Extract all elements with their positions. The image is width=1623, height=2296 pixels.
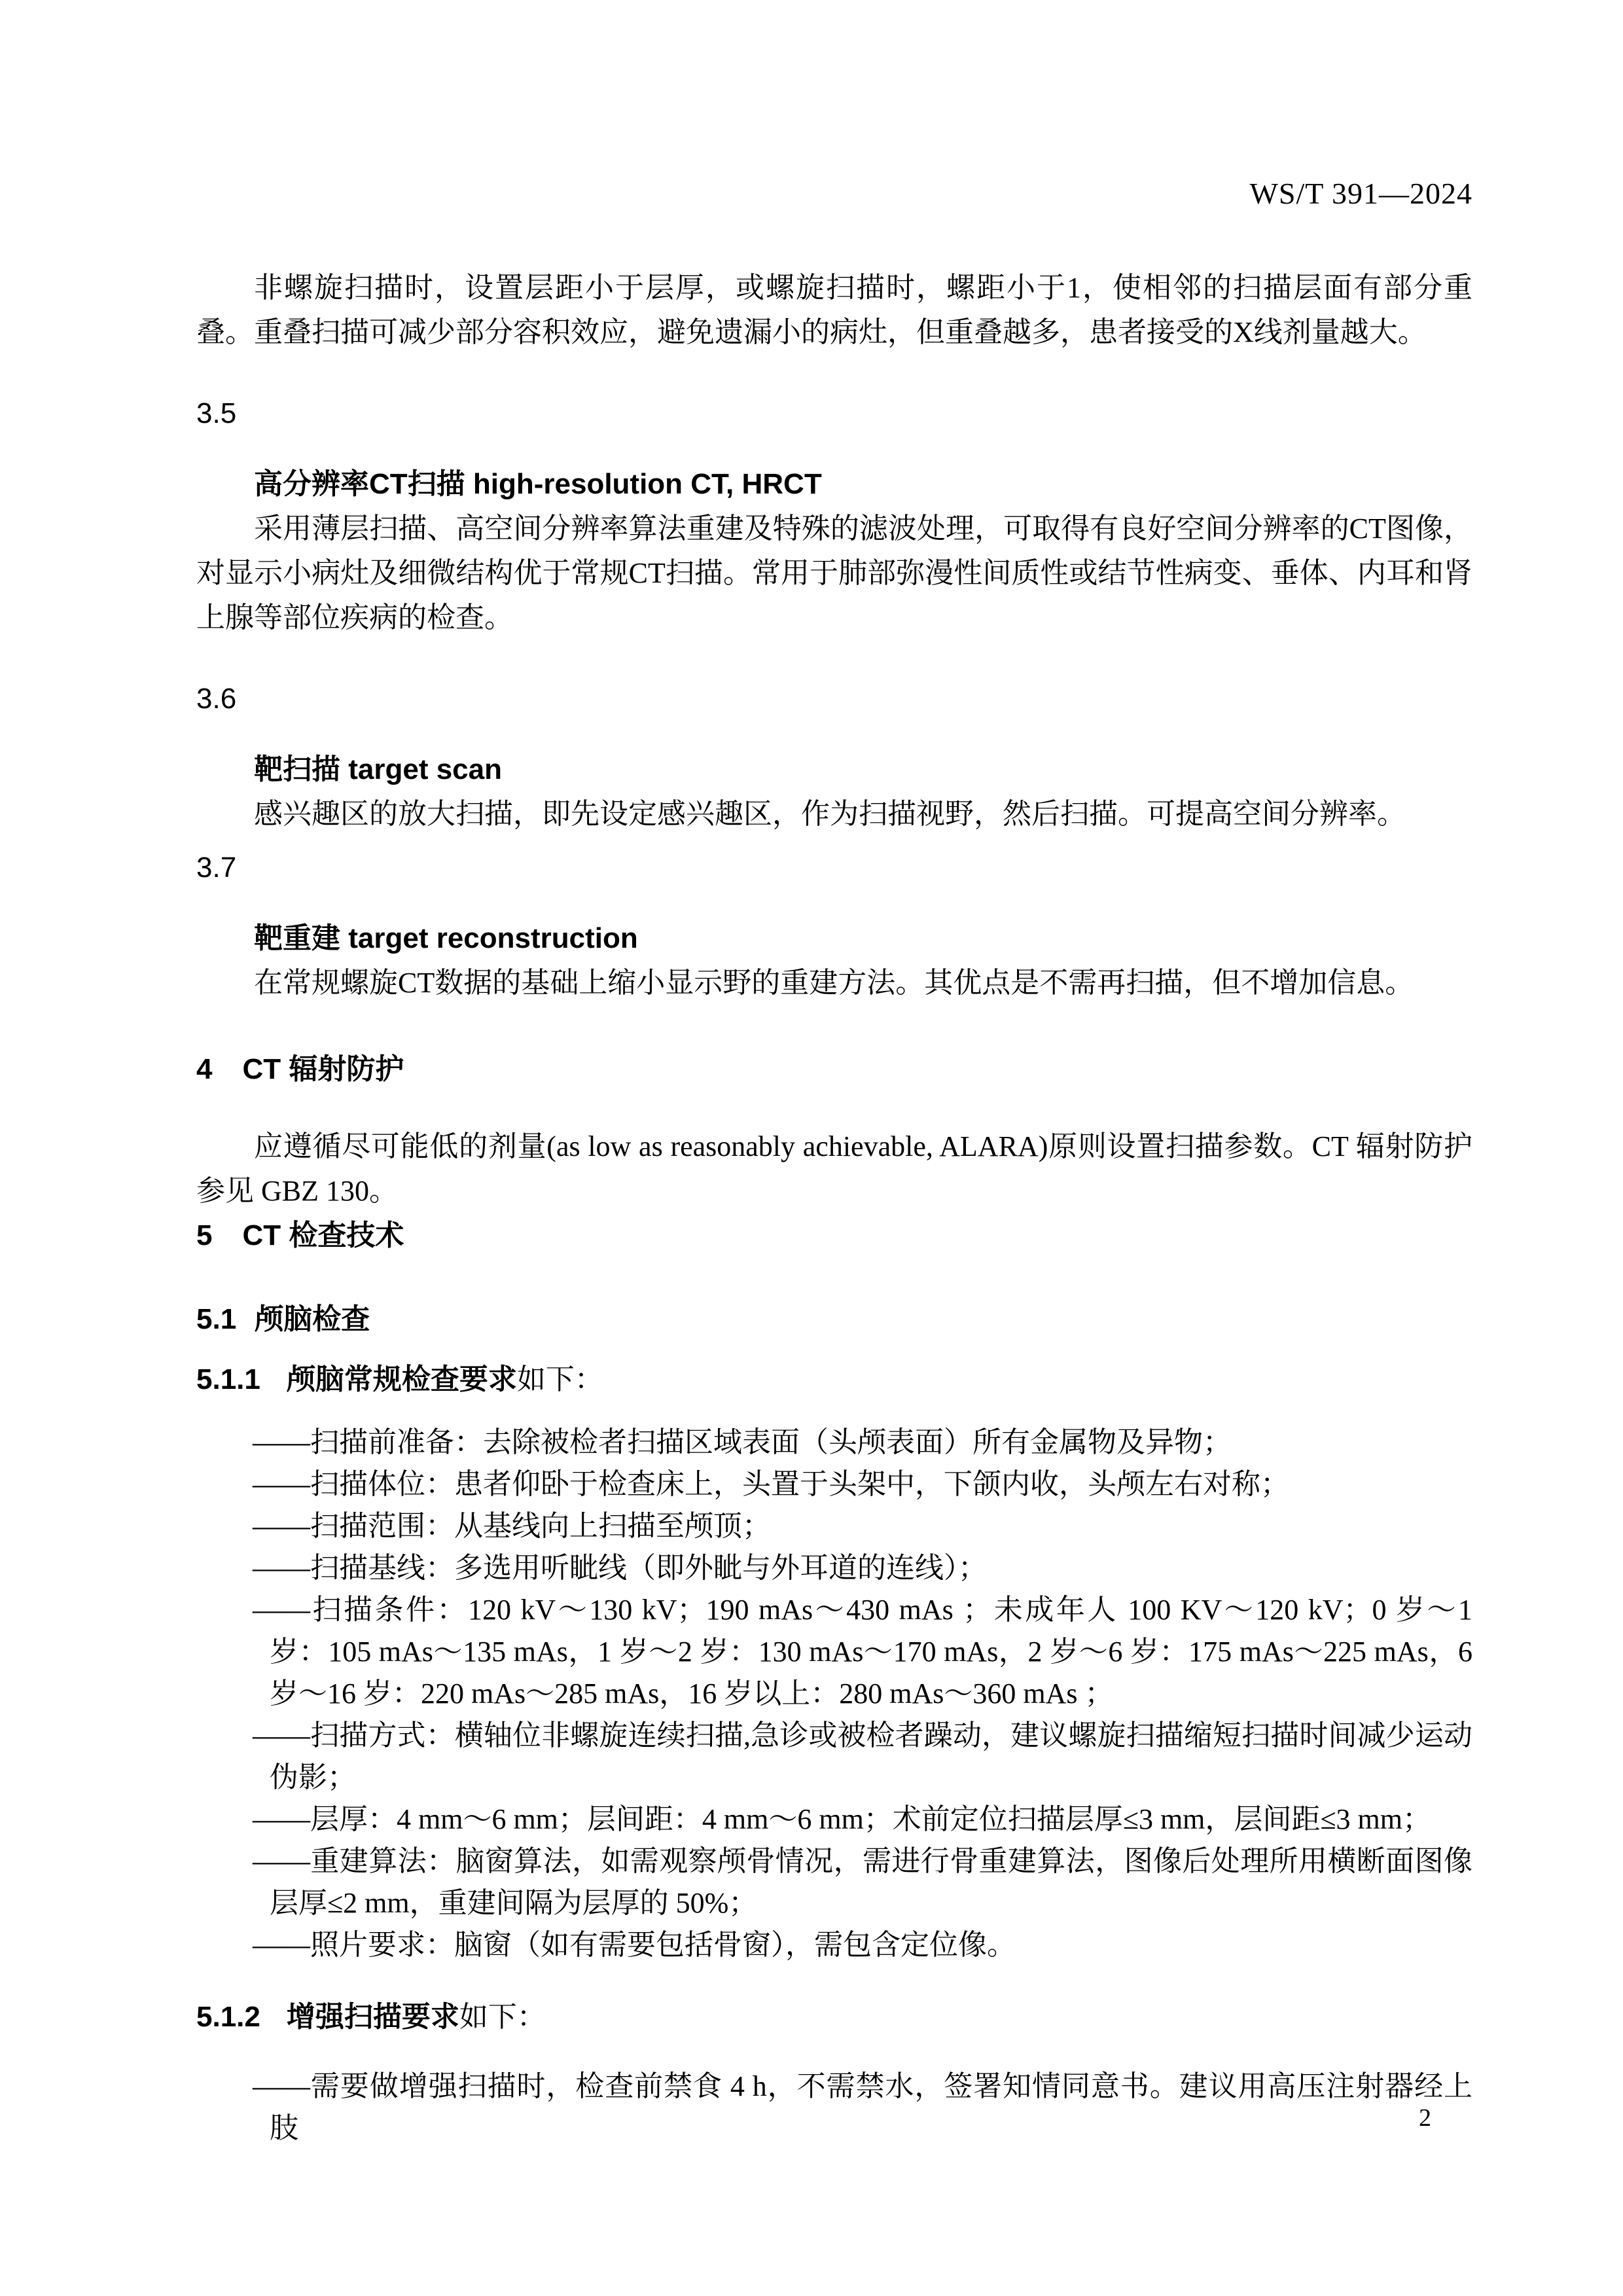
- clause-title-suffix: 如下：: [517, 1363, 603, 1395]
- em-dash: ——: [253, 1803, 310, 1835]
- clause-number-3-7: 3.7: [196, 846, 1472, 890]
- clause-number: 5.1.2: [196, 2001, 260, 2033]
- paragraph-hrct: 采用薄层扫描、高空间分辨率算法重建及特殊的滤波处理，可取得有良好空间分辨率的CT…: [196, 507, 1472, 640]
- section-number: 4: [196, 1053, 212, 1085]
- clause-number-3-5: 3.5: [196, 391, 1472, 436]
- document-page: WS/T 391—2024 非螺旋扫描时，设置层距小于层厚，或螺旋扫描时，螺距小…: [0, 0, 1623, 2296]
- em-dash: ——: [253, 1845, 310, 1877]
- list-item: ——扫描前准备：去除被检者扫描区域表面（头颅表面）所有金属物及异物；: [253, 1422, 1472, 1463]
- term-heading-hrct: 高分辨率CT扫描 high-resolution CT, HRCT: [254, 462, 1472, 507]
- list-item: ——扫描体位：患者仰卧于检查床上，头置于头架中，下颌内收，头颅左右对称；: [253, 1463, 1472, 1505]
- item-text: 扫描前准备：去除被检者扫描区域表面（头颅表面）所有金属物及异物；: [310, 1426, 1232, 1458]
- item-text: 重建算法：脑窗算法，如需观察颅骨情况，需进行骨重建算法，图像后处理所用横断面图像…: [270, 1845, 1472, 1919]
- clause-number: 5.1.1: [196, 1363, 260, 1395]
- section-heading-5: 5CT 检查技术: [196, 1213, 1472, 1258]
- list-item: ——照片要求：脑窗（如有需要包括骨窗），需包含定位像。: [253, 1924, 1472, 1966]
- em-dash: ——: [253, 1929, 310, 1961]
- item-text: 照片要求：脑窗（如有需要包括骨窗），需包含定位像。: [310, 1929, 1016, 1961]
- list-item: ——层厚：4 mm～6 mm；层间距：4 mm～6 mm；术前定位扫描层厚≤3 …: [253, 1799, 1472, 1840]
- em-dash: ——: [253, 1552, 310, 1584]
- requirement-list-5-1-1: ——扫描前准备：去除被检者扫描区域表面（头颅表面）所有金属物及异物； ——扫描体…: [196, 1422, 1472, 1966]
- list-item: ——重建算法：脑窗算法，如需观察颅骨情况，需进行骨重建算法，图像后处理所用横断面…: [253, 1840, 1472, 1924]
- item-text: 扫描体位：患者仰卧于检查床上，头置于头架中，下颌内收，头颅左右对称；: [310, 1468, 1289, 1500]
- item-text: 扫描范围：从基线向上扫描至颅顶；: [310, 1510, 771, 1542]
- list-item: ——扫描范围：从基线向上扫描至颅顶；: [253, 1505, 1472, 1547]
- list-item: ——需要做增强扫描时，检查前禁食 4 h，不需禁水，签署知情同意书。建议用高压注…: [253, 2066, 1472, 2149]
- em-dash: ——: [253, 2070, 310, 2102]
- section-number: 5: [196, 1219, 212, 1251]
- em-dash: ——: [253, 1468, 310, 1500]
- item-text: 需要做增强扫描时，检查前禁食 4 h，不需禁水，签署知情同意书。建议用高压注射器…: [270, 2070, 1472, 2144]
- subsection-heading-5-1: 5.1颅脑检查: [196, 1297, 1472, 1342]
- clause-number-3-6: 3.6: [196, 677, 1472, 721]
- term-heading-target-reconstruction: 靶重建 target reconstruction: [254, 916, 1472, 961]
- clause-title: 颅脑常规检查要求: [287, 1363, 517, 1395]
- requirement-list-5-1-2: ——需要做增强扫描时，检查前禁食 4 h，不需禁水，签署知情同意书。建议用高压注…: [196, 2066, 1472, 2149]
- em-dash: ——: [253, 1426, 310, 1458]
- term-heading-target-scan: 靶扫描 target scan: [254, 747, 1472, 792]
- paragraph-alara: 应遵循尽可能低的剂量(as low as reasonably achievab…: [196, 1124, 1472, 1213]
- clause-heading-5-1-2: 5.1.2增强扫描要求如下：: [196, 1995, 1472, 2039]
- clause-title: 增强扫描要求: [287, 2001, 459, 2033]
- em-dash: ——: [253, 1719, 310, 1751]
- section-heading-4: 4CT 辐射防护: [196, 1047, 1472, 1092]
- item-text: 层厚：4 mm～6 mm；层间距：4 mm～6 mm；术前定位扫描层厚≤3 mm…: [310, 1803, 1431, 1835]
- doc-code: WS/T 391—2024: [196, 178, 1472, 209]
- clause-heading-5-1-1: 5.1.1颅脑常规检查要求如下：: [196, 1357, 1472, 1402]
- item-text: 扫描条件：120 kV～130 kV；190 mAs～430 mAs ；未成年人…: [270, 1594, 1472, 1710]
- list-item: ——扫描基线：多选用听眦线（即外眦与外耳道的连线）；: [253, 1547, 1472, 1589]
- subsection-number: 5.1: [196, 1303, 236, 1335]
- paragraph-target-reconstruction: 在常规螺旋CT数据的基础上缩小显示野的重建方法。其优点是不需再扫描，但不增加信息…: [196, 961, 1472, 1005]
- list-item: ——扫描条件：120 kV～130 kV；190 mAs～430 mAs ；未成…: [253, 1589, 1472, 1715]
- section-title: CT 辐射防护: [242, 1053, 404, 1085]
- em-dash: ——: [253, 1510, 310, 1542]
- clause-title-suffix: 如下：: [459, 2001, 546, 2033]
- em-dash: ——: [253, 1594, 310, 1626]
- section-title: CT 检查技术: [242, 1219, 404, 1251]
- item-text: 扫描基线：多选用听眦线（即外眦与外耳道的连线）；: [310, 1552, 987, 1584]
- paragraph-overlap-scan: 非螺旋扫描时，设置层距小于层厚，或螺旋扫描时，螺距小于1，使相邻的扫描层面有部分…: [196, 266, 1472, 355]
- item-text: 扫描方式：横轴位非螺旋连续扫描,急诊或被检者躁动，建议螺旋扫描缩短扫描时间减少运…: [270, 1719, 1472, 1793]
- list-item: ——扫描方式：横轴位非螺旋连续扫描,急诊或被检者躁动，建议螺旋扫描缩短扫描时间减…: [253, 1715, 1472, 1799]
- paragraph-target-scan: 感兴趣区的放大扫描，即先设定感兴趣区，作为扫描视野，然后扫描。可提高空间分辨率。: [196, 792, 1472, 836]
- subsection-title: 颅脑检查: [255, 1303, 370, 1335]
- page-number: 2: [1419, 2104, 1431, 2132]
